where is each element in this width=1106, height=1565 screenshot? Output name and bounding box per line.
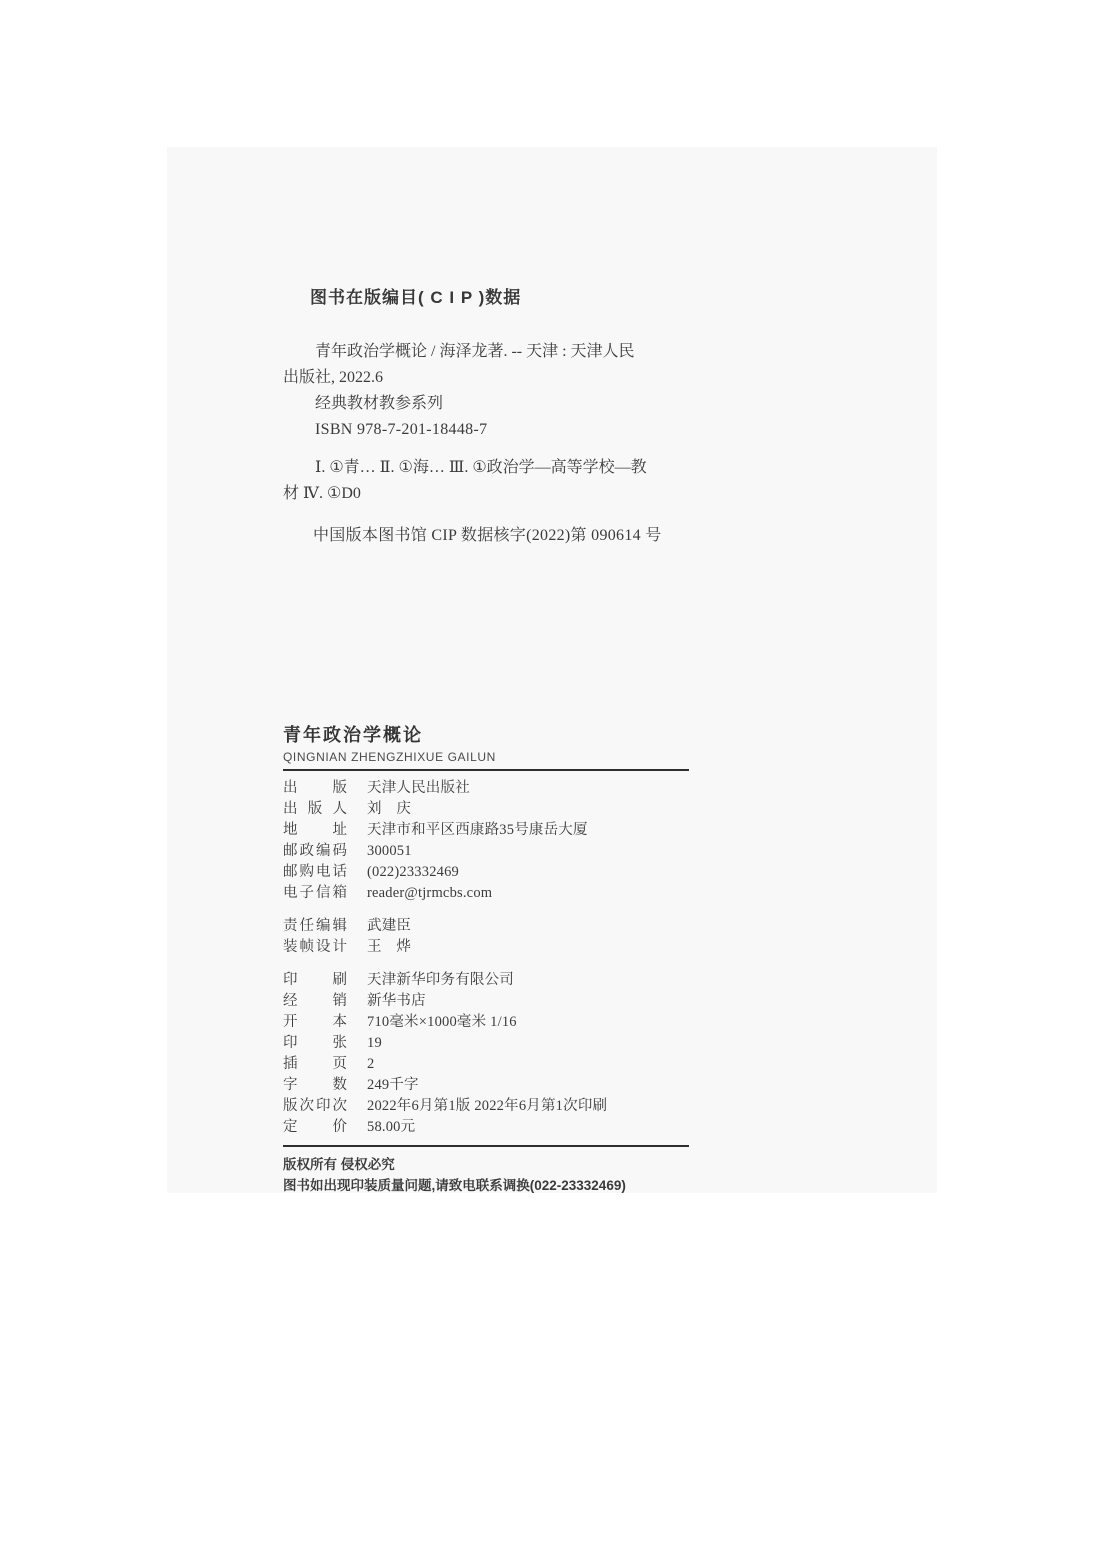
cip-record-number: 中国版本图书馆 CIP 数据核字(2022)第 090614 号 [283,523,743,549]
imprint-row-order-phone: 邮购电话(022)23332469 [283,862,689,883]
cip-header: 图书在版编目( C I P )数据 [283,287,743,309]
row-value: 武建臣 [367,918,411,934]
imprint-row-printer: 印刷天津新华印务有限公司 [283,970,689,991]
row-label: 版次印次 [283,1096,347,1117]
row-label: 经销 [283,991,347,1012]
cip-publisher-line: 出版社, 2022.6 [283,365,743,391]
cip-series-line: 经典教材教参系列 [283,391,743,417]
row-value: 2 [367,1056,374,1072]
imprint-row-format: 开本710毫米×1000毫米 1/16 [283,1012,689,1033]
imprint-row-address: 地址天津市和平区西康路35号康岳大厦 [283,820,689,841]
cip-isbn-line: ISBN 978-7-201-18448-7 [283,417,743,443]
row-value: 249千字 [367,1077,419,1093]
imprint-row-email: 电子信箱reader@tjrmcbs.com [283,883,689,904]
row-value: (022)23332469 [367,864,459,880]
imprint-row-sheets: 印张19 [283,1033,689,1054]
row-value: 300051 [367,843,412,859]
scan-canvas: { "cip": { "header": "图书在版编目( C I P )数据"… [0,0,1106,1565]
row-value: 58.00元 [367,1119,415,1135]
row-label: 责任编辑 [283,916,347,937]
row-label: 开本 [283,1012,347,1033]
colophon-block: 青年政治学概论 QINGNIAN ZHENGZHIXUE GAILUN 出版天津… [283,723,689,1196]
row-label: 邮购电话 [283,862,347,883]
row-label: 字数 [283,1075,347,1096]
cip-citation-paragraph: 青年政治学概论 / 海泽龙著. -- 天津 : 天津人民 出版社, 2022.6… [283,339,743,443]
book-title: 青年政治学概论 [283,723,689,747]
row-label: 出版人 [283,799,347,820]
cip-class-line-2: 材 Ⅳ. ①D0 [283,481,743,507]
imprint-row-edition: 版次印次2022年6月第1版 2022年6月第1次印刷 [283,1096,689,1117]
row-value: 王 烨 [367,939,411,955]
imprint-row-price: 定价58.00元 [283,1117,689,1138]
divider-bottom [283,1145,689,1147]
imprint-row-distributor: 经销新华书店 [283,991,689,1012]
cip-title-line: 青年政治学概论 / 海泽龙著. -- 天津 : 天津人民 [283,339,743,365]
row-label: 定价 [283,1117,347,1138]
row-label: 电子信箱 [283,883,347,904]
imprint-rows: 出版天津人民出版社 出版人刘 庆 地址天津市和平区西康路35号康岳大厦 邮政编码… [283,778,689,1138]
row-label: 邮政编码 [283,841,347,862]
row-label: 装帧设计 [283,937,347,958]
row-value: 天津市和平区西康路35号康岳大厦 [367,822,588,838]
row-value: reader@tjrmcbs.com [367,885,492,901]
book-title-pinyin: QINGNIAN ZHENGZHIXUE GAILUN [283,750,689,764]
row-value: 19 [367,1035,382,1051]
row-value: 天津新华印务有限公司 [367,972,514,988]
imprint-row-publisher: 出版天津人民出版社 [283,778,689,799]
row-value: 刘 庆 [367,801,411,817]
imprint-row-publisher-person: 出版人刘 庆 [283,799,689,820]
cip-classification-paragraph: Ⅰ. ①青… Ⅱ. ①海… Ⅲ. ①政治学—高等学校—教 材 Ⅳ. ①D0 [283,455,743,507]
imprint-row-inserts: 插页2 [283,1054,689,1075]
divider-top [283,769,689,771]
row-value: 新华书店 [367,993,426,1009]
imprint-row-postcode: 邮政编码300051 [283,841,689,862]
imprint-row-designer: 装帧设计王 烨 [283,937,689,958]
row-label: 出版 [283,778,347,799]
row-label: 印张 [283,1033,347,1054]
quality-notice: 图书如出现印装质量问题,请致电联系调换(022-23332469) [283,1176,689,1196]
cip-class-line-1: Ⅰ. ①青… Ⅱ. ①海… Ⅲ. ①政治学—高等学校—教 [283,455,743,481]
row-value: 710毫米×1000毫米 1/16 [367,1014,517,1030]
copyright-notice: 版权所有 侵权必究 [283,1155,689,1175]
row-value: 天津人民出版社 [367,780,470,796]
row-value: 2022年6月第1版 2022年6月第1次印刷 [367,1098,607,1114]
cip-block: 图书在版编目( C I P )数据 青年政治学概论 / 海泽龙著. -- 天津 … [283,287,743,549]
copyright-page: 图书在版编目( C I P )数据 青年政治学概论 / 海泽龙著. -- 天津 … [167,147,937,1193]
row-label: 印刷 [283,970,347,991]
row-label: 地址 [283,820,347,841]
imprint-row-editor: 责任编辑武建臣 [283,916,689,937]
imprint-row-wordcount: 字数249千字 [283,1075,689,1096]
row-label: 插页 [283,1054,347,1075]
